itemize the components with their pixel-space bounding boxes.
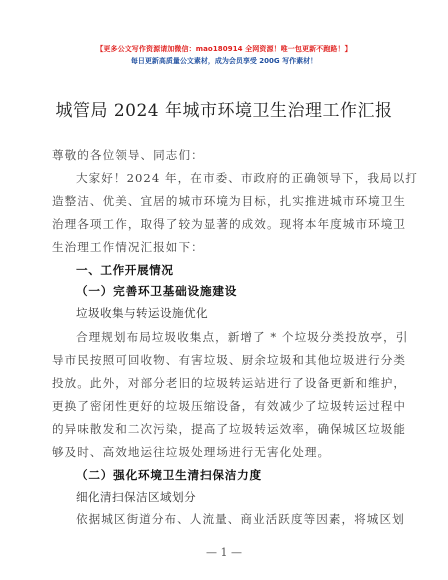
- item-heading: 垃圾收集与转运设施优化: [76, 305, 426, 321]
- paragraph-line: 大家好！2024 年，在市委、市政府的正确领导下，我局以打: [76, 170, 426, 186]
- page-number: — 1 —: [0, 546, 448, 559]
- paragraph-line: 导市民按照可回收物、有害垃圾、厨余垃圾和其他垃圾进行分类: [52, 352, 402, 368]
- subsection-heading: （二）强化环境卫生清扫保洁力度: [76, 467, 426, 483]
- item-heading: 细化清扫保洁区域划分: [76, 489, 426, 505]
- paragraph-line: 治理各项工作，取得了较为显著的成效。现将本年度城市环境卫: [52, 216, 402, 232]
- paragraph-line: 更换了密闭性更好的垃圾压缩设备，有效减少了垃圾转运过程中: [52, 398, 402, 414]
- paragraph-line: 投放。此外，对部分老旧的垃圾转运站进行了设备更新和维护，: [52, 375, 402, 391]
- salutation: 尊敬的各位领导、同志们：: [52, 147, 402, 163]
- paragraph-line: 合理规划布局垃圾收集点，新增了 * 个垃圾分类投放亭，引: [76, 329, 426, 345]
- document-title: 城管局 2024 年城市环境卫生治理工作汇报: [0, 96, 448, 121]
- paragraph-line: 依据城区街道分布、人流量、商业活跃度等因素，将城区划: [76, 511, 426, 527]
- promo-banner-blue: 每日更新高质量公文素材，成为会员享受 200G 写作素材！: [0, 56, 448, 66]
- section-heading: 一、工作开展情况: [76, 262, 426, 278]
- paragraph-line: 造整洁、优美、宜居的城市环境为目标，扎实推进城市环境卫生: [52, 193, 402, 209]
- paragraph-line: 生治理工作情况汇报如下：: [52, 239, 402, 255]
- subsection-heading: （一）完善环卫基础设施建设: [76, 283, 426, 299]
- paragraph-line: 够及时、高效地运往垃圾处理场进行无害化处理。: [52, 444, 402, 460]
- paragraph-line: 的异味散发和二次污染，提高了垃圾转运效率，确保城区垃圾能: [52, 421, 402, 437]
- promo-banner-red: 【更多公文写作资源请加微信：mao180914 全网资源！唯一包更新不跑路！】: [0, 44, 448, 54]
